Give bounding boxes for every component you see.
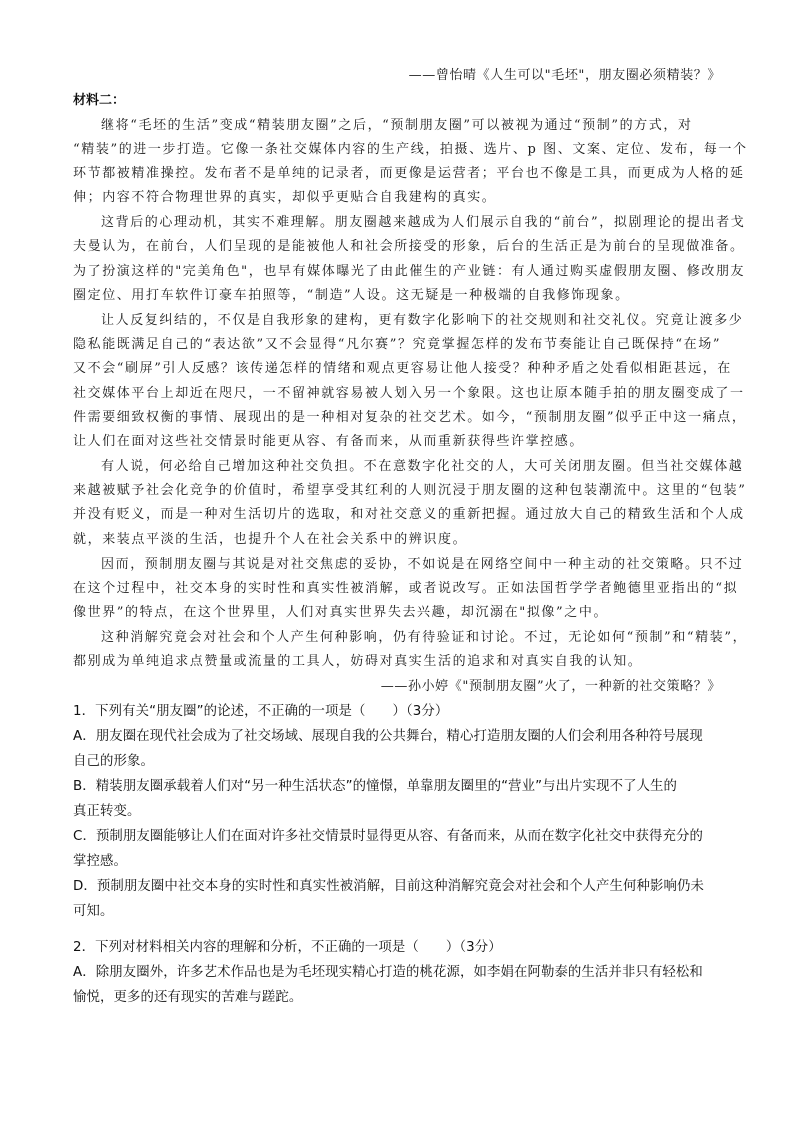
paragraph-line: “精装”的进一步打造。它像一条社交媒体内容的生产线，拍摄、选片、p 图、文案、定… (73, 138, 748, 157)
paragraph-line: 来越被赋予社会化竞争的价值时，希望享受其红利的人则沉浸于朋友圈的这种包装潮流中。… (73, 479, 747, 498)
paragraph-line: 这背后的心理动机，其实不难理解。朋友圈越来越成为人们展示自我的“前台”，拟剧理论… (101, 211, 745, 230)
paragraph-line: 让人反复纠结的，不仅是自我形象的建构，更有数字化影响下的社交规则和社交礼仪。究竟… (101, 309, 743, 328)
citation-2: ——孙小婷《"预制朋友圈”火了，一种新的社交策略？》 (381, 675, 721, 694)
question-1-option-c: C．预制朋友圈能够让人们在面对许多社交情景时显得更从容、有备而来，从而在数字化社… (73, 825, 703, 844)
question-1-option-d: D．预制朋友圈中社交本身的实时性和真实性被消解，目前这种消解究竟会对社会和个人产… (73, 875, 704, 894)
paragraph-line: 让人们在面对这些社交情景时能更从容、有备而来，从而重新获得些许掌控感。 (73, 430, 584, 449)
question-1-option-a-cont: 自己的形象。 (73, 750, 154, 769)
paragraph-line: 圈定位、用打车软件订豪车拍照等，“制造”人设。这无疑是一种极端的自我修饰现象。 (73, 284, 630, 303)
paragraph-line: 继将“毛坯的生活”变成“精装朋友圈”之后，“预制朋友圈”可以被视为通过“预制”的… (101, 114, 693, 133)
question-1-stem: 1．下列有关“朋友圈”的论述，不正确的一项是（ ）（3分） (73, 700, 448, 719)
question-1-option-b: B．精装朋友圈承载着人们对“另一种生活状态”的憧憬，单靠朋友圈里的“营业”与出片… (73, 775, 677, 794)
paragraph-line: 这种消解究竟会对社会和个人产生何种影响，仍有待验证和讨论。不过，无论如何“预制”… (101, 626, 747, 645)
paragraph-line: 为了扮演这样的"完美角色"，也早有媒体曝光了由此催生的产业链：有人通过购买虚假朋… (73, 260, 745, 279)
question-1-option-b-cont: 真正转变。 (73, 800, 140, 819)
paragraph-line: 都别成为单纯追求点赞量或流量的工具人，妨碍对真实生活的追求和对真实自我的认知。 (73, 650, 642, 669)
document-page: ——曾怡晴《人生可以"毛坯"，朋友圈必须精装？》 材料二： 继将“毛坯的生活”变… (0, 0, 794, 1123)
paragraph-line: 社交媒体平台上却近在咫尺，一不留神就容易被人划入另一个象限。这也让原本随手拍的朋… (73, 382, 745, 401)
paragraph-line: 伸；内容不符合物理世界的真实，却似乎更贴合自我建构的真实。 (73, 186, 496, 205)
paragraph-line: 件需要细致权衡的事情、展现出的是一种相对复杂的社交艺术。如今，“预制朋友圈”似乎… (73, 406, 747, 425)
question-1-option-d-cont: 可知。 (73, 900, 113, 919)
question-2-option-a-cont: 愉悦，更多的还有现实的苦难与蹉跎。 (73, 986, 302, 1005)
paragraph-line: 像世界”的特点，在这个世界里，人们对真实世界失去兴趣，却沉溺在"拟像”之中。 (73, 601, 608, 620)
material-2-heading: 材料二： (73, 89, 125, 108)
citation-1: ——曾怡晴《人生可以"毛坯"，朋友圈必须精装？》 (409, 64, 721, 83)
paragraph-line: 环节都被精准操控。发布者不是单纯的记录者，而更像是运营者；平台也不像是工具，而更… (73, 162, 745, 181)
question-2-stem: 2．下列对材料相关内容的理解和分析，不正确的一项是（ ）（3分） (73, 936, 502, 955)
paragraph-line: 有人说，何必给自己增加这种社交负担。不在意数字化社交的人，大可关闭朋友圈。但当社… (101, 455, 743, 474)
paragraph-line: 因而，预制朋友圈与其说是对社交焦虑的妥协，不如说是在网络空间中一种主动的社交策略… (101, 553, 743, 572)
paragraph-line: 隐私能既满足自己的“表达欲”又不会显得“凡尔赛”？究竟掌握怎样的发布节奏能让自己… (73, 333, 721, 352)
paragraph-line: 在这个过程中，社交本身的实时性和真实性被消解，或者说改写。正如法国哲学学者鲍德里… (73, 577, 738, 596)
question-1-option-a: A．朋友圈在现代社会成为了社交场域、展现自我的公共舞台，精心打造朋友圈的人们会利… (73, 725, 703, 744)
question-2-option-a: A．除朋友圈外，许多艺术作品也是为毛坯现实精心打造的桃花源，如李娟在阿勒泰的生活… (73, 961, 703, 980)
question-1-option-c-cont: 掌控感。 (73, 850, 127, 869)
paragraph-line: 就，来装点平淡的生活，也提升个人在社会关系中的辨识度。 (73, 528, 467, 547)
paragraph-line: 夫曼认为，在前台，人们呈现的是能被他人和社会所接受的形象，后台的生活正是为前台的… (73, 235, 745, 254)
paragraph-line: 又不会“刷屏”引人反感？该传递怎样的情绪和观点更容易让他人接受？种种矛盾之处看似… (73, 357, 732, 376)
paragraph-line: 并没有贬义，而是一种对生活切片的选取，和对社交意义的重新把握。通过放大自己的精致… (73, 503, 745, 522)
